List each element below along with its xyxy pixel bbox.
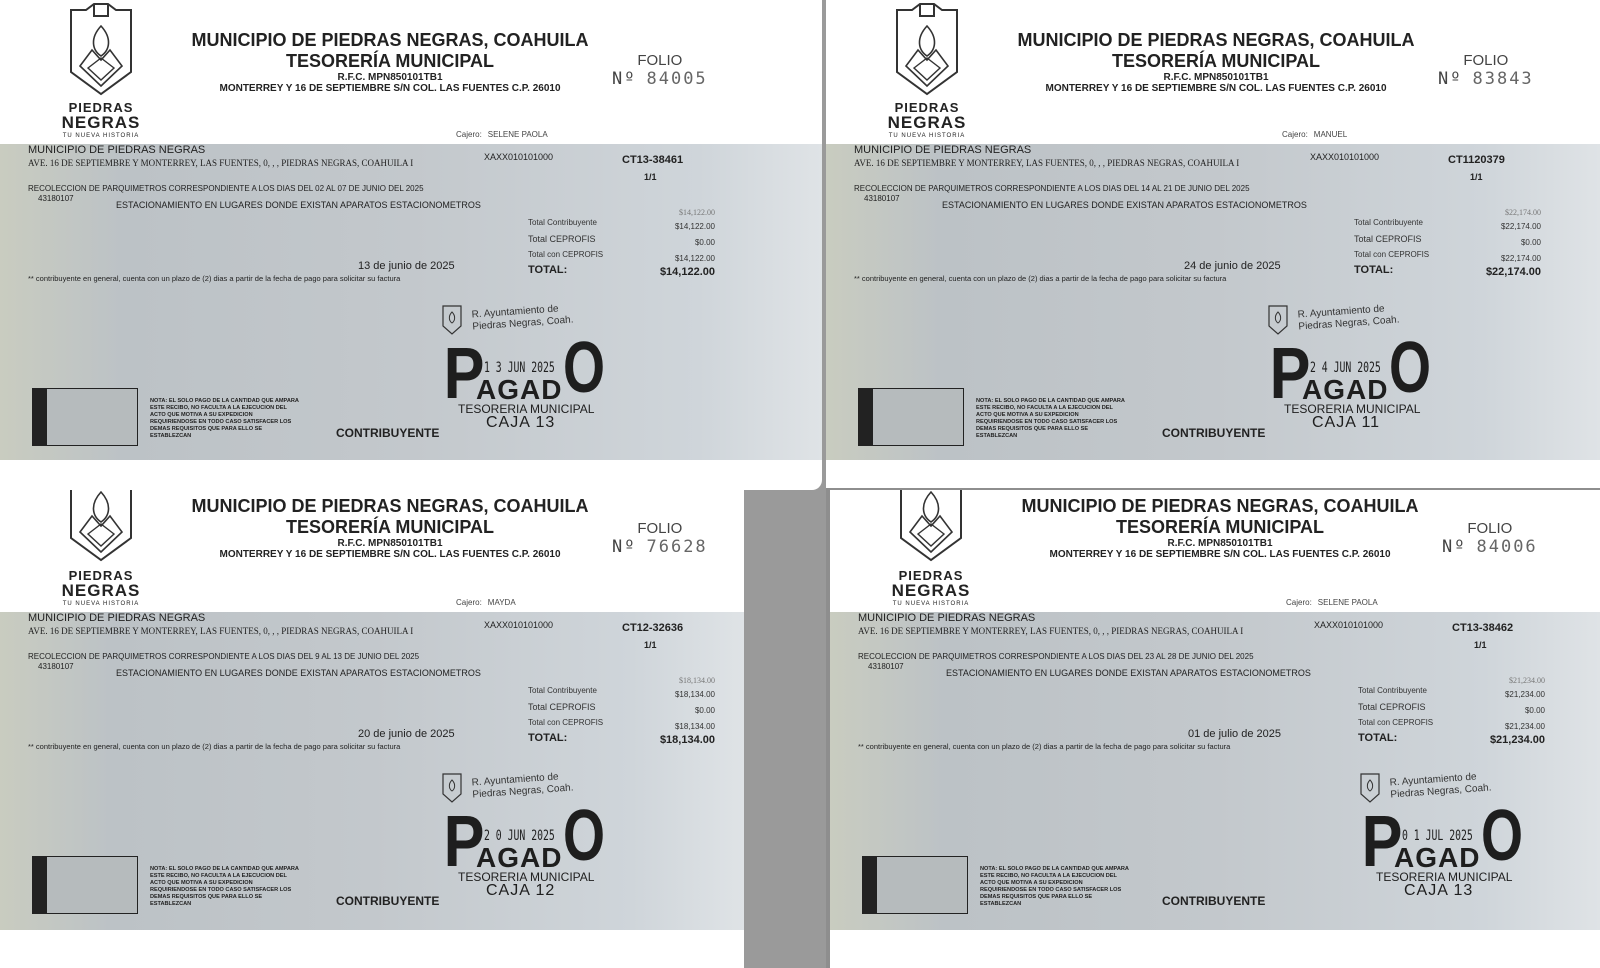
cajero-label: Cajero: [456, 598, 482, 607]
ayuntamiento-stamp-logo-icon [1266, 302, 1290, 338]
concept-text: RECOLECCION DE PARQUIMETROS CORRESPONDIE… [28, 652, 419, 661]
total-ceprofis-label: Total CEPROFIS [528, 234, 596, 244]
cajero-name: MANUEL [1314, 130, 1347, 139]
qr-code-icon [862, 856, 968, 914]
total-value: $22,174.00 [1446, 266, 1541, 278]
total-ceprofis-label: Total CEPROFIS [1358, 702, 1426, 712]
generic-rfc: XAXX010101000 [484, 620, 553, 630]
folio-number: 83843 [1472, 69, 1533, 89]
qr-code-icon [32, 856, 138, 914]
folio-number: 76628 [646, 537, 707, 557]
folio-number: 84006 [1476, 537, 1537, 557]
municipal-emblem-icon [892, 2, 962, 98]
nota-text: NOTA: EL SOLO PAGO DE LA CANTIDAD QUE AM… [980, 866, 1130, 908]
total-contribuyente-label: Total Contribuyente [528, 686, 597, 695]
municipio-title: MUNICIPIO DE PIEDRAS NEGRAS, COAHUILA [180, 496, 600, 517]
brand-logo: PIEDRAS NEGRAS TU NUEVA HISTORIA [46, 100, 156, 139]
line-amount: $14,122.00 [640, 208, 715, 217]
page-indicator: 1/1 [1474, 640, 1487, 650]
total-label: TOTAL: [1358, 732, 1397, 744]
total-ceprofis-value: $0.00 [1466, 238, 1541, 247]
stamp-caja: CAJA 12 [486, 882, 555, 900]
payment-date: 01 de julio de 2025 [1188, 728, 1281, 740]
total-ceprofis-value: $0.00 [640, 706, 715, 715]
receipt-folio-76628: PIEDRAS NEGRAS TU NUEVA HISTORIA MUNICIP… [0, 490, 744, 968]
receipt-header: MUNICIPIO DE PIEDRAS NEGRAS, COAHUILA TE… [1006, 30, 1426, 94]
stamp-letter-o: O [563, 338, 605, 398]
ct-number: CT13-38461 [622, 154, 683, 166]
total-contribuyente-label: Total Contribuyente [1354, 218, 1423, 227]
cajero-name: MAYDA [488, 598, 516, 607]
pagado-stamp: P 2 4 JUN 2025 O AGAD TESORERIA MUNICIPA… [1266, 344, 1436, 439]
concept-code: 43180107 [868, 662, 904, 671]
concept-code: 43180107 [38, 662, 74, 671]
ayuntamiento-stamp: R. Ayuntamiento de Piedras Negras, Coah. [1389, 771, 1492, 802]
brand-logo: PIEDRAS NEGRAS TU NUEVA HISTORIA [872, 100, 982, 139]
total-con-ceprofis-label: Total con CEPROFIS [1354, 250, 1429, 259]
folio-prefix: Nº [1442, 537, 1466, 557]
nota-text: NOTA: EL SOLO PAGO DE LA CANTIDAD QUE AM… [150, 866, 300, 908]
concept-text: RECOLECCION DE PARQUIMETROS CORRESPONDIE… [28, 184, 424, 193]
municipal-emblem-icon [66, 490, 136, 564]
concept-code: 43180107 [864, 194, 900, 203]
municipio-title: MUNICIPIO DE PIEDRAS NEGRAS, COAHUILA [180, 30, 600, 51]
line-amount: $22,174.00 [1466, 208, 1541, 217]
payer-name: MUNICIPIO DE PIEDRAS NEGRAS [28, 144, 205, 156]
municipal-emblem-icon [66, 2, 136, 98]
stamp-caja: CAJA 11 [1312, 414, 1380, 432]
concept-description: ESTACIONAMIENTO EN LUGARES DONDE EXISTAN… [946, 668, 1311, 678]
concept-text: RECOLECCION DE PARQUIMETROS CORRESPONDIE… [854, 184, 1250, 193]
generic-rfc: XAXX010101000 [484, 152, 553, 162]
folio: FOLIO Nº84005 [612, 52, 708, 89]
cajero: Cajero:MANUEL [1282, 130, 1347, 139]
payer-address: AVE. 16 DE SEPTIEMBRE Y MONTERREY, LAS F… [854, 158, 1239, 168]
payer-name: MUNICIPIO DE PIEDRAS NEGRAS [28, 612, 205, 624]
concept-description: ESTACIONAMIENTO EN LUGARES DONDE EXISTAN… [116, 200, 481, 210]
payer-address: AVE. 16 DE SEPTIEMBRE Y MONTERREY, LAS F… [28, 626, 413, 636]
page-indicator: 1/1 [644, 172, 657, 182]
rfc-text: R.F.C. MPN850101TB1 [1010, 538, 1430, 549]
payer-address: AVE. 16 DE SEPTIEMBRE Y MONTERREY, LAS F… [28, 158, 413, 168]
qr-code-icon [32, 388, 138, 446]
concept-description: ESTACIONAMIENTO EN LUGARES DONDE EXISTAN… [116, 668, 481, 678]
stamp-letter-o: O [1389, 338, 1431, 398]
brand-tagline: TU NUEVA HISTORIA [876, 601, 986, 607]
total-value: $18,134.00 [620, 734, 715, 746]
tesoreria-title: TESORERÍA MUNICIPAL [180, 51, 600, 72]
total-ceprofis-label: Total CEPROFIS [528, 702, 596, 712]
page-indicator: 1/1 [1470, 172, 1483, 182]
factura-note: ** contribuyente en general, cuenta con … [858, 742, 1230, 751]
cajero-name: SELENE PAOLA [1318, 598, 1378, 607]
cajero: Cajero:MAYDA [456, 598, 516, 607]
receipt-folio-84005: PIEDRAS NEGRAS TU NUEVA HISTORIA MUNICIP… [0, 0, 822, 490]
stamp-letter-o: O [1481, 806, 1523, 866]
receipt-body: MUNICIPIO DE PIEDRAS NEGRAS AVE. 16 DE S… [0, 612, 744, 930]
line-amount: $18,134.00 [640, 676, 715, 685]
payment-date: 20 de junio de 2025 [358, 728, 455, 740]
receipt-header: MUNICIPIO DE PIEDRAS NEGRAS, COAHUILA TE… [1010, 496, 1430, 560]
cajero-name: SELENE PAOLA [488, 130, 548, 139]
total-con-ceprofis-value: $21,234.00 [1470, 722, 1545, 731]
pagado-stamp: P 1 3 JUN 2025 O AGAD TESORERIA MUNICIPA… [440, 344, 610, 439]
total-con-ceprofis-label: Total con CEPROFIS [1358, 718, 1433, 727]
cajero-label: Cajero: [1286, 598, 1312, 607]
total-contribuyente-value: $14,122.00 [640, 222, 715, 231]
receipt-body: MUNICIPIO DE PIEDRAS NEGRAS AVE. 16 DE S… [830, 612, 1600, 930]
stamp-caja: CAJA 13 [486, 414, 555, 432]
ct-number: CT1120379 [1448, 154, 1505, 166]
ayuntamiento-stamp-logo-icon [440, 302, 464, 338]
stamp-letter-o: O [563, 806, 605, 866]
concept-text: RECOLECCION DE PARQUIMETROS CORRESPONDIE… [858, 652, 1254, 661]
ayuntamiento-stamp: R. Ayuntamiento de Piedras Negras, Coah. [471, 771, 574, 802]
total-con-ceprofis-value: $18,134.00 [640, 722, 715, 731]
total-contribuyente-label: Total Contribuyente [528, 218, 597, 227]
concept-description: ESTACIONAMIENTO EN LUGARES DONDE EXISTAN… [942, 200, 1307, 210]
folio-prefix: Nº [1438, 69, 1462, 89]
total-con-ceprofis-value: $22,174.00 [1466, 254, 1541, 263]
brand-logo: PIEDRAS NEGRAS TU NUEVA HISTORIA [876, 568, 986, 607]
tesoreria-title: TESORERÍA MUNICIPAL [1010, 517, 1430, 538]
rfc-text: R.F.C. MPN850101TB1 [1006, 72, 1426, 83]
total-con-ceprofis-value: $14,122.00 [640, 254, 715, 263]
total-contribuyente-label: Total Contribuyente [1358, 686, 1427, 695]
nota-text: NOTA: EL SOLO PAGO DE LA CANTIDAD QUE AM… [150, 398, 300, 440]
total-con-ceprofis-label: Total con CEPROFIS [528, 250, 603, 259]
folio-prefix: Nº [612, 69, 636, 89]
total-label: TOTAL: [1354, 264, 1393, 276]
ayuntamiento-stamp-logo-icon [440, 770, 464, 806]
folio-label: FOLIO [612, 52, 708, 69]
receipt-header: MUNICIPIO DE PIEDRAS NEGRAS, COAHUILA TE… [180, 30, 600, 94]
payer-address: AVE. 16 DE SEPTIEMBRE Y MONTERREY, LAS F… [858, 626, 1243, 636]
total-ceprofis-value: $0.00 [1470, 706, 1545, 715]
factura-note: ** contribuyente en general, cuenta con … [854, 274, 1226, 283]
total-label: TOTAL: [528, 732, 567, 744]
folio-label: FOLIO [1442, 520, 1538, 537]
total-contribuyente-value: $21,234.00 [1470, 690, 1545, 699]
cajero-label: Cajero: [456, 130, 482, 139]
folio-number: 84005 [646, 69, 707, 89]
nota-text: NOTA: EL SOLO PAGO DE LA CANTIDAD QUE AM… [976, 398, 1126, 440]
factura-note: ** contribuyente en general, cuenta con … [28, 742, 400, 751]
generic-rfc: XAXX010101000 [1310, 152, 1379, 162]
ayuntamiento-stamp: R. Ayuntamiento de Piedras Negras, Coah. [471, 303, 574, 334]
receipt-body: MUNICIPIO DE PIEDRAS NEGRAS AVE. 16 DE S… [826, 144, 1600, 460]
total-contribuyente-value: $18,134.00 [640, 690, 715, 699]
rfc-text: R.F.C. MPN850101TB1 [180, 72, 600, 83]
line-amount: $21,234.00 [1470, 676, 1545, 685]
folio: FOLIO Nº76628 [612, 520, 708, 557]
municipal-emblem-icon [896, 490, 966, 564]
ayuntamiento-stamp: R. Ayuntamiento de Piedras Negras, Coah. [1297, 303, 1400, 334]
municipio-title: MUNICIPIO DE PIEDRAS NEGRAS, COAHUILA [1010, 496, 1430, 517]
total-ceprofis-value: $0.00 [640, 238, 715, 247]
contribuyente-label: CONTRIBUYENTE [336, 894, 439, 908]
total-value: $14,122.00 [620, 266, 715, 278]
tesoreria-title: TESORERÍA MUNICIPAL [180, 517, 600, 538]
pagado-stamp: P 2 0 JUN 2025 O AGAD TESORERIA MUNICIPA… [440, 812, 610, 907]
stamp-caja: CAJA 13 [1404, 882, 1473, 900]
total-ceprofis-label: Total CEPROFIS [1354, 234, 1422, 244]
brand-line2: NEGRAS [46, 583, 156, 599]
contribuyente-label: CONTRIBUYENTE [336, 426, 439, 440]
total-con-ceprofis-label: Total con CEPROFIS [528, 718, 603, 727]
total-value: $21,234.00 [1450, 734, 1545, 746]
receipt-folio-84006: PIEDRAS NEGRAS TU NUEVA HISTORIA MUNICIP… [830, 490, 1600, 968]
address-text: MONTERREY Y 16 DE SEPTIEMBRE S/N COL. LA… [180, 549, 600, 560]
receipt-folio-83843: PIEDRAS NEGRAS TU NUEVA HISTORIA MUNICIP… [826, 0, 1600, 488]
payment-date: 13 de junio de 2025 [358, 260, 455, 272]
receipt-header: MUNICIPIO DE PIEDRAS NEGRAS, COAHUILA TE… [180, 496, 600, 560]
cajero: Cajero:SELENE PAOLA [456, 130, 548, 139]
tesoreria-title: TESORERÍA MUNICIPAL [1006, 51, 1426, 72]
rfc-text: R.F.C. MPN850101TB1 [180, 538, 600, 549]
folio: FOLIO Nº83843 [1438, 52, 1534, 89]
payer-name: MUNICIPIO DE PIEDRAS NEGRAS [854, 144, 1031, 156]
contribuyente-label: CONTRIBUYENTE [1162, 426, 1265, 440]
total-label: TOTAL: [528, 264, 567, 276]
address-text: MONTERREY Y 16 DE SEPTIEMBRE S/N COL. LA… [180, 83, 600, 94]
folio-label: FOLIO [1438, 52, 1534, 69]
ayuntamiento-stamp-logo-icon [1358, 770, 1382, 806]
receipt-body: MUNICIPIO DE PIEDRAS NEGRAS AVE. 16 DE S… [0, 144, 822, 460]
municipio-title: MUNICIPIO DE PIEDRAS NEGRAS, COAHUILA [1006, 30, 1426, 51]
generic-rfc: XAXX010101000 [1314, 620, 1383, 630]
ct-number: CT12-32636 [622, 622, 683, 634]
cajero: Cajero:SELENE PAOLA [1286, 598, 1378, 607]
total-contribuyente-value: $22,174.00 [1466, 222, 1541, 231]
brand-tagline: TU NUEVA HISTORIA [46, 133, 156, 139]
brand-line2: NEGRAS [876, 583, 986, 599]
page-indicator: 1/1 [644, 640, 657, 650]
brand-line2: NEGRAS [46, 115, 156, 131]
payment-date: 24 de junio de 2025 [1184, 260, 1281, 272]
brand-line2: NEGRAS [872, 115, 982, 131]
folio: FOLIO Nº84006 [1442, 520, 1538, 557]
cajero-label: Cajero: [1282, 130, 1308, 139]
folio-prefix: Nº [612, 537, 636, 557]
payer-name: MUNICIPIO DE PIEDRAS NEGRAS [858, 612, 1035, 624]
brand-tagline: TU NUEVA HISTORIA [46, 601, 156, 607]
brand-logo: PIEDRAS NEGRAS TU NUEVA HISTORIA [46, 568, 156, 607]
contribuyente-label: CONTRIBUYENTE [1162, 894, 1265, 908]
address-text: MONTERREY Y 16 DE SEPTIEMBRE S/N COL. LA… [1006, 83, 1426, 94]
pagado-stamp: P 0 1 JUL 2025 O AGAD TESORERIA MUNICIPA… [1358, 812, 1528, 907]
qr-code-icon [858, 388, 964, 446]
brand-tagline: TU NUEVA HISTORIA [872, 133, 982, 139]
concept-code: 43180107 [38, 194, 74, 203]
factura-note: ** contribuyente en general, cuenta con … [28, 274, 400, 283]
address-text: MONTERREY Y 16 DE SEPTIEMBRE S/N COL. LA… [1010, 549, 1430, 560]
folio-label: FOLIO [612, 520, 708, 537]
ct-number: CT13-38462 [1452, 622, 1513, 634]
